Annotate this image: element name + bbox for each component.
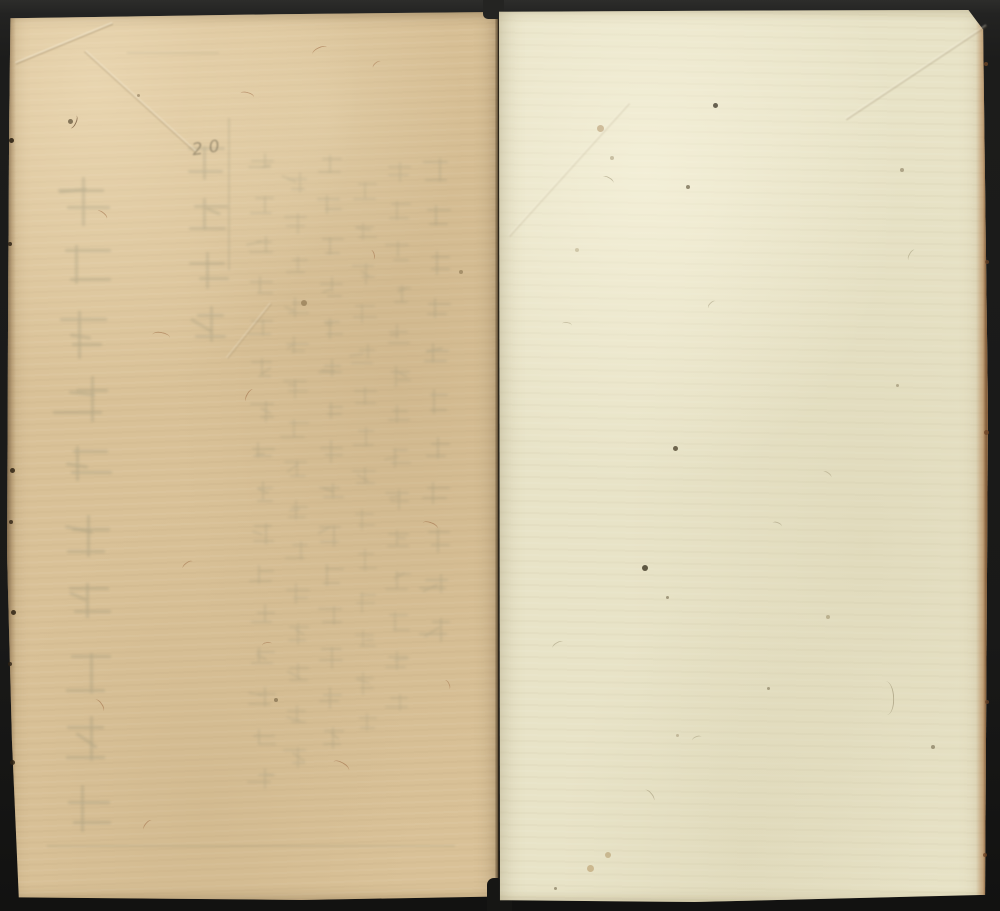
ghost-stroke [331, 647, 333, 669]
ghost-character [250, 602, 277, 629]
stained-fore-edge [976, 10, 988, 902]
ghost-stroke [264, 604, 266, 622]
ghost-character [386, 444, 413, 471]
ghost-stroke [264, 196, 266, 213]
ghost-stroke [396, 201, 398, 221]
ghost-stroke [364, 387, 366, 405]
ghost-stroke [259, 570, 274, 572]
ghost-character [250, 151, 277, 178]
ghost-character [318, 356, 345, 383]
ghost-stroke [264, 768, 266, 789]
ghost-stroke [385, 706, 408, 708]
ghost-stroke [427, 209, 451, 211]
foxing-speck [984, 62, 988, 66]
ghost-stroke [322, 238, 344, 240]
ghost-character [284, 743, 311, 770]
ghost-stroke [428, 303, 451, 305]
ghost-stroke [396, 571, 398, 589]
ghost-character [318, 602, 345, 629]
ghost-character [352, 546, 379, 573]
ghost-stroke [286, 343, 310, 345]
ghost-stroke [428, 313, 447, 315]
ghost-stroke [395, 366, 397, 388]
ghost-character [352, 628, 379, 655]
ghost-stroke [90, 716, 93, 761]
ghost-character [386, 403, 413, 430]
ghost-stroke [329, 155, 331, 173]
ghost-character [57, 711, 115, 769]
ghost-stroke [69, 592, 87, 602]
ghost-stroke [326, 564, 328, 587]
ghost-text-column [422, 148, 453, 654]
ghost-stroke [329, 687, 331, 709]
ghost-character [352, 177, 379, 204]
ghost-stroke [251, 662, 273, 664]
ghost-stroke [265, 236, 267, 252]
ghost-stroke [366, 713, 368, 731]
ghost-stroke [358, 183, 377, 185]
ghost-stroke [210, 306, 213, 342]
ghost-character [318, 438, 345, 465]
ghost-stroke [362, 672, 364, 695]
ghost-character [57, 303, 115, 361]
ghost-stroke [431, 443, 450, 445]
ghost-stroke [259, 276, 261, 293]
right-page [499, 10, 988, 902]
ghost-character [318, 643, 345, 670]
ghost-character [318, 479, 345, 506]
ghost-character [386, 526, 413, 553]
ghost-character [352, 341, 379, 368]
ghost-stroke [262, 319, 264, 336]
ghost-character [318, 684, 345, 711]
ghost-character [318, 274, 345, 301]
ghost-stroke [388, 342, 410, 344]
ghost-character [386, 239, 413, 266]
ghost-stroke [392, 410, 408, 412]
ghost-frame-line [127, 52, 219, 54]
ghost-stroke [286, 589, 310, 591]
ghost-stroke [67, 206, 110, 209]
ghost-stroke [355, 305, 374, 307]
ghost-stroke [257, 500, 272, 502]
ghost-character [284, 374, 311, 401]
ghost-stroke [87, 515, 90, 557]
ghost-stroke [249, 251, 273, 253]
ghost-stroke [419, 633, 447, 635]
ghost-stroke [352, 362, 373, 364]
ghost-stroke [294, 379, 296, 399]
ghost-character [250, 356, 277, 383]
ghost-character [422, 156, 453, 187]
ghost-stroke [320, 541, 339, 543]
ghost-stroke [289, 626, 309, 628]
ghost-stroke [391, 203, 411, 205]
ghost-stroke [294, 629, 304, 636]
ghost-stroke [300, 541, 302, 560]
ghost-stroke [292, 259, 308, 261]
ghost-stroke [325, 454, 342, 456]
ghost-stroke [349, 353, 364, 357]
ghost-stroke [319, 608, 342, 610]
ghost-character [57, 779, 115, 837]
ghost-stroke [65, 249, 111, 252]
ghost-text-column [386, 150, 413, 724]
ghost-stroke [289, 422, 309, 424]
ghost-stroke [90, 653, 93, 694]
ghost-character [352, 382, 379, 409]
ghost-stroke [388, 533, 410, 535]
ghost-stroke [288, 390, 309, 392]
ghost-stroke [253, 455, 272, 457]
ghost-frame-line [228, 118, 230, 270]
ghost-stroke [247, 781, 271, 783]
ghost-stroke [206, 207, 221, 216]
ghost-stroke [384, 456, 399, 461]
ghost-character [386, 280, 413, 307]
ghost-character [189, 247, 233, 291]
ghost-stroke [398, 489, 400, 510]
ghost-character [57, 235, 115, 293]
ghost-stroke [330, 440, 332, 463]
ghost-text-column [284, 162, 311, 777]
ghost-stroke [352, 265, 374, 267]
ghost-stroke [189, 227, 226, 230]
ghost-stroke [358, 553, 374, 555]
ghost-stroke [437, 528, 439, 553]
ghost-stroke [396, 405, 398, 423]
ghost-character [352, 218, 379, 245]
ghost-stroke [291, 506, 308, 508]
ghost-stroke [365, 427, 367, 448]
ghost-character [386, 649, 413, 676]
ghost-stroke [76, 732, 98, 749]
ghost-stroke [439, 158, 441, 181]
ghost-stroke [329, 237, 331, 255]
ghost-stroke [284, 216, 308, 218]
ghost-stroke [324, 730, 343, 732]
ghost-character [352, 259, 379, 286]
ghost-stroke [295, 583, 297, 603]
ghost-stroke [431, 268, 449, 270]
ghost-character [318, 192, 345, 219]
ghost-character [284, 292, 311, 319]
ghost-stroke [258, 729, 260, 744]
ghost-stroke [399, 694, 401, 710]
ghost-character [250, 438, 277, 465]
ghost-character [318, 561, 345, 588]
ghost-stroke [364, 467, 366, 484]
ghost-stroke [396, 324, 398, 339]
ghost-character [250, 561, 277, 588]
ghost-stroke [264, 687, 266, 707]
ghost-stroke [199, 277, 228, 280]
ghost-character [386, 485, 413, 512]
ghost-text-column [318, 144, 345, 759]
ghost-stroke [356, 602, 376, 604]
ghost-stroke [393, 259, 408, 261]
ghost-character [386, 157, 413, 184]
ghost-stroke [75, 245, 78, 285]
ghost-character [250, 766, 277, 793]
ghost-stroke [53, 411, 103, 414]
ghost-character [284, 497, 311, 524]
ghost-stroke [265, 523, 267, 545]
ghost-character [422, 294, 453, 325]
ghost-stroke [330, 402, 332, 419]
ghost-character [250, 520, 277, 547]
ghost-character [57, 643, 115, 701]
ghost-stroke [355, 402, 376, 404]
ghost-stroke [74, 610, 112, 613]
ghost-text-column [189, 134, 233, 350]
bleedthrough-text-layer [7, 12, 498, 900]
ghost-character [57, 439, 115, 497]
ghost-stroke [82, 177, 85, 226]
ghost-character [386, 690, 413, 717]
ghost-stroke [331, 277, 333, 292]
ghost-stroke [364, 182, 366, 200]
ghost-character [422, 570, 453, 601]
gutter-seam [495, 11, 499, 900]
ghost-stroke [353, 444, 374, 446]
ghost-character [318, 151, 345, 178]
book-scan-photo: 20 [0, 0, 1000, 911]
ghost-stroke [253, 735, 275, 737]
ghost-character [250, 479, 277, 506]
ghost-stroke [254, 525, 272, 527]
ghost-stroke [67, 726, 104, 729]
ghost-stroke [333, 606, 335, 625]
ghost-character [284, 702, 311, 729]
ghost-character [284, 620, 311, 647]
ghost-character [386, 362, 413, 389]
ghost-stroke [289, 679, 308, 681]
ghost-stroke [298, 256, 300, 272]
ghost-stroke [431, 256, 450, 258]
ghost-character [284, 661, 311, 688]
ghost-character [352, 669, 379, 696]
ghost-character [352, 423, 379, 450]
ghost-stroke [388, 419, 410, 421]
ghost-stroke [286, 225, 305, 227]
ghost-stroke [429, 223, 448, 225]
ghost-character [352, 300, 379, 327]
ghost-stroke [366, 639, 375, 641]
ghost-character [352, 587, 379, 614]
ghost-character [57, 167, 115, 225]
ghost-stroke [389, 614, 408, 616]
ghost-stroke [251, 621, 272, 623]
ghost-stroke [432, 343, 434, 363]
ghost-character [318, 315, 345, 342]
ghost-stroke [288, 516, 306, 518]
ghost-stroke [249, 580, 272, 582]
ghost-stroke [325, 568, 343, 570]
ghost-stroke [431, 544, 451, 546]
ghost-character [284, 538, 311, 565]
ghost-character [250, 274, 277, 301]
ghost-stroke [248, 166, 271, 168]
ghost-stroke [333, 525, 335, 547]
ghost-character [318, 397, 345, 424]
ghost-character [250, 397, 277, 424]
ghost-character [250, 684, 277, 711]
ghost-stroke [440, 618, 442, 642]
ghost-stroke [250, 212, 272, 214]
ghost-character [250, 643, 277, 670]
ghost-stroke [427, 487, 451, 489]
ghost-stroke [72, 343, 103, 346]
ghost-stroke [250, 281, 273, 283]
ghost-character [386, 567, 413, 594]
ghost-stroke [260, 416, 274, 418]
ghost-character [352, 464, 379, 491]
ghost-character [422, 432, 453, 463]
ghost-stroke [423, 161, 448, 163]
ghost-stroke [389, 331, 408, 333]
ghost-stroke [428, 531, 449, 533]
ghost-stroke [353, 316, 377, 318]
ghost-stroke [203, 198, 206, 230]
ghost-stroke [399, 162, 401, 182]
ghost-character [422, 386, 453, 417]
ghost-character [284, 456, 311, 483]
ghost-stroke [68, 801, 110, 804]
ghost-character [386, 198, 413, 225]
ghost-stroke [252, 530, 263, 536]
ghost-stroke [256, 452, 265, 454]
ghost-stroke [293, 419, 295, 438]
ghost-stroke [387, 545, 409, 547]
ghost-stroke [323, 694, 342, 696]
ghost-stroke [434, 298, 436, 318]
ghost-stroke [297, 623, 299, 646]
ghost-stroke [355, 634, 374, 636]
ghost-character [57, 507, 115, 565]
ghost-stroke [258, 565, 260, 584]
ghost-stroke [248, 703, 271, 705]
ghost-stroke [285, 557, 306, 559]
ghost-stroke [422, 497, 447, 499]
ghost-stroke [258, 375, 272, 377]
ghost-stroke [322, 288, 331, 293]
ghost-stroke [362, 223, 364, 240]
ghost-stroke [355, 513, 373, 515]
ghost-character [352, 505, 379, 532]
ghost-character [250, 233, 277, 260]
ghost-stroke [397, 379, 411, 381]
ghost-stroke [331, 359, 333, 376]
ghost-stroke [289, 667, 309, 669]
ghost-text-column [250, 144, 277, 800]
ghost-stroke [250, 403, 274, 405]
ghost-stroke [425, 179, 447, 181]
ghost-stroke [325, 252, 340, 254]
ghost-stroke [361, 509, 363, 531]
ghost-character [57, 371, 115, 429]
ghost-stroke [326, 195, 328, 214]
ghost-stroke [437, 437, 439, 459]
ghost-stroke [360, 567, 377, 569]
ghost-stroke [253, 540, 274, 542]
ghost-stroke [66, 689, 105, 692]
ghost-stroke [290, 475, 306, 477]
ghost-stroke [66, 756, 105, 759]
ghost-stroke [299, 172, 301, 193]
ghost-stroke [440, 574, 442, 593]
ghost-stroke [358, 236, 377, 238]
ghost-stroke [69, 587, 109, 590]
ghost-text-column [352, 170, 379, 744]
ghost-stroke [394, 657, 409, 661]
ghost-character [422, 616, 453, 647]
ghost-stroke [288, 312, 309, 314]
ghost-stroke [322, 621, 342, 623]
ghost-character [422, 524, 453, 555]
ghost-stroke [394, 612, 396, 631]
torn-left-edge [7, 12, 16, 900]
ghost-character [189, 301, 233, 345]
ghost-character [57, 575, 115, 633]
ghost-character [422, 340, 453, 371]
ghost-character [318, 725, 345, 752]
ghost-character [250, 315, 277, 342]
ghost-stroke [91, 376, 94, 422]
ghost-stroke [367, 344, 369, 359]
ghost-stroke [391, 334, 400, 336]
ghost-stroke [364, 549, 366, 571]
ghost-stroke [287, 384, 296, 386]
ghost-stroke [259, 743, 275, 745]
ghost-stroke [60, 318, 108, 321]
ghost-stroke [424, 360, 447, 362]
ghost-stroke [294, 297, 296, 319]
ghost-character [318, 233, 345, 260]
ghost-stroke [397, 241, 399, 257]
ghost-character [352, 710, 379, 737]
ghost-stroke [327, 295, 342, 297]
ghost-stroke [252, 448, 275, 450]
ghost-stroke [361, 304, 363, 323]
ghost-stroke [436, 251, 438, 275]
ghost-stroke [251, 160, 274, 162]
ghost-stroke [286, 271, 305, 273]
ghost-character [386, 608, 413, 635]
left-page: 20 [7, 12, 498, 900]
ghost-character [284, 333, 311, 360]
ghost-character [422, 248, 453, 279]
ghost-character [284, 415, 311, 442]
ghost-text-column [57, 162, 115, 842]
ghost-character [386, 321, 413, 348]
ghost-stroke [389, 217, 409, 219]
ghost-character [318, 520, 345, 547]
ghost-stroke [248, 333, 270, 335]
ghost-stroke [332, 727, 334, 749]
ghost-character [284, 579, 311, 606]
ghost-character [422, 478, 453, 509]
ghost-stroke [432, 482, 434, 504]
ghost-character [250, 192, 277, 219]
ghost-frame-line [47, 845, 455, 847]
ghost-stroke [322, 158, 342, 160]
ghost-stroke [73, 821, 111, 824]
ghost-stroke [190, 318, 213, 333]
ghost-stroke [325, 323, 333, 325]
ghost-stroke [317, 198, 340, 200]
ghost-character [284, 169, 311, 196]
